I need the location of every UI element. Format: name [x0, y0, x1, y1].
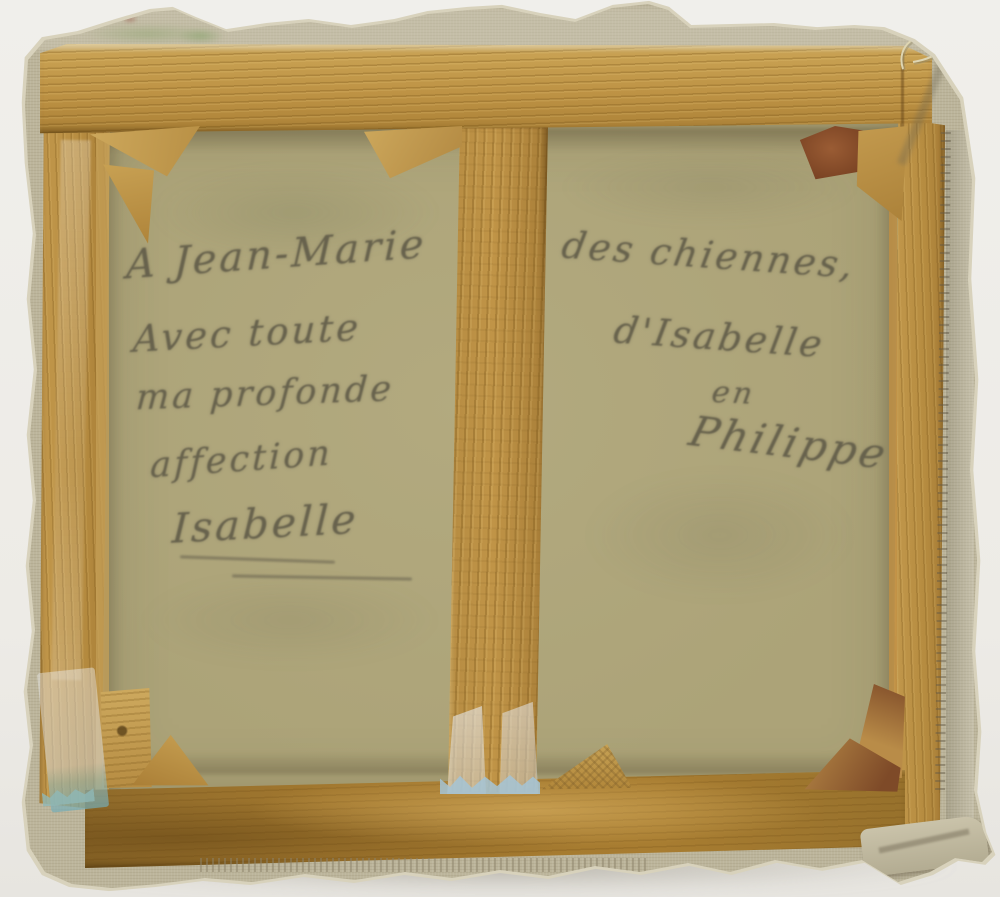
inscription-left-line-5: Isabelle	[171, 495, 360, 553]
stain-smudge-4	[140, 575, 440, 665]
canvas-back: A Jean-Marie Avec toute ma profonde affe…	[0, 0, 1000, 897]
stretcher-bar-top	[40, 44, 932, 136]
inscription-right-line-3: en	[709, 375, 758, 412]
photo-backdrop: A Jean-Marie Avec toute ma profonde affe…	[0, 0, 1000, 897]
canvas-top-edge-highlight	[35, 8, 935, 50]
stain-smudge-3	[585, 470, 855, 600]
canvas-right-fold-shading	[946, 130, 974, 830]
center-crossbar	[448, 120, 548, 792]
